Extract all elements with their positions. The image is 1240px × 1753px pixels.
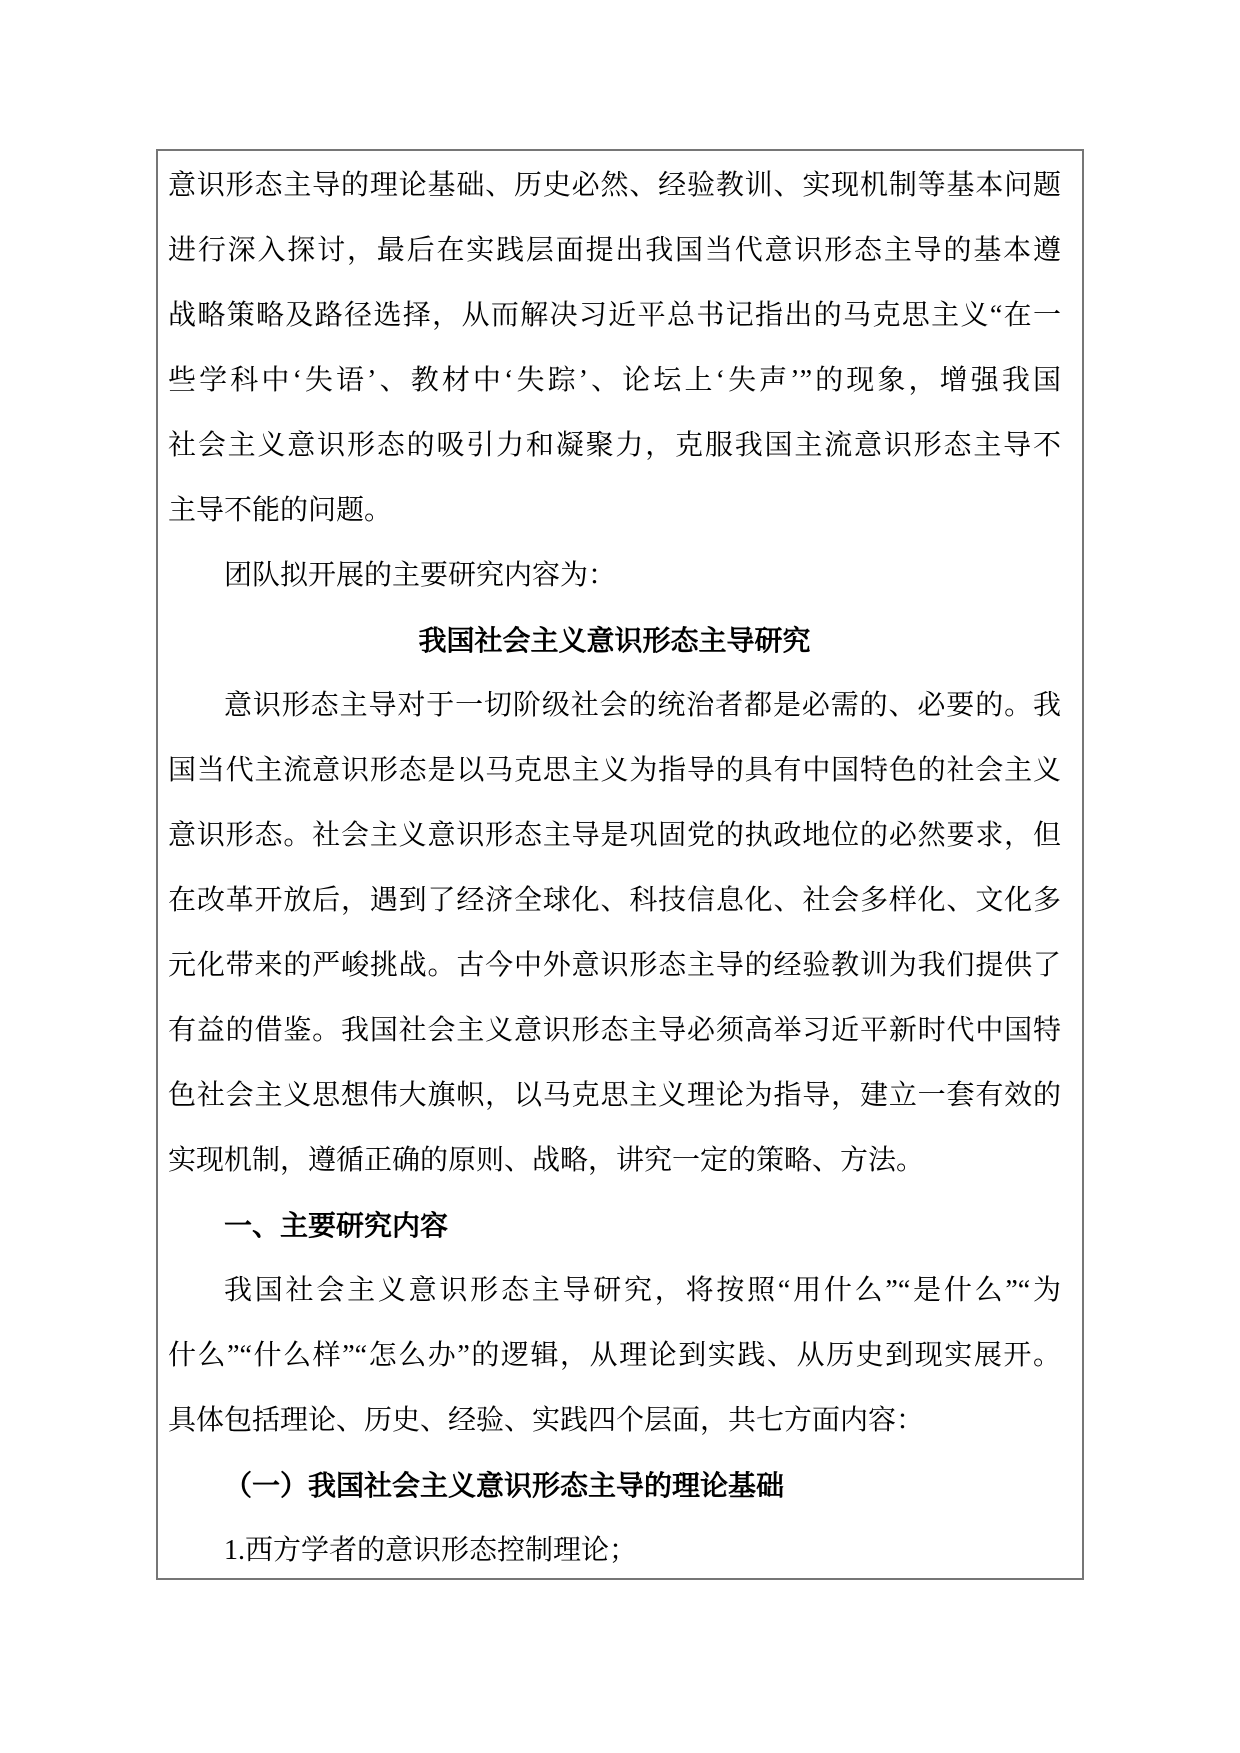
text-line: 有益的借鉴。我国社会主义意识形态主导必须高举习近平新时代中国特 (168, 998, 1061, 1063)
paragraph: 1.西方学者的意识形态控制理论； (168, 1518, 1061, 1580)
text-line: 1.西方学者的意识形态控制理论； (168, 1518, 1061, 1580)
text-line: （一）我国社会主义意识形态主导的理论基础 (168, 1453, 1061, 1518)
text-line: 实现机制，遵循正确的原则、战略，讲究一定的策略、方法。 (168, 1128, 1061, 1193)
text-line: 意识形态。社会主义意识形态主导是巩固党的执政地位的必然要求，但 (168, 803, 1061, 868)
document-title: 我国社会主义意识形态主导研究 (168, 608, 1061, 673)
text-line: 团队拟开展的主要研究内容为： (168, 543, 1061, 608)
text-line: 一、主要研究内容 (168, 1193, 1061, 1258)
text-line: 些学科中‘失语’、教材中‘失踪’、论坛上‘失声’”的现象，增强我国 (168, 348, 1061, 413)
text-line: 意识形态主导的理论基础、历史必然、经验教训、实现机制等基本问题 (168, 153, 1061, 218)
section-heading: 一、主要研究内容 (168, 1193, 1061, 1258)
text-line: 色社会主义思想伟大旗帜，以马克思主义理论为指导，建立一套有效的 (168, 1063, 1061, 1128)
text-line: 战略策略及路径选择，从而解决习近平总书记指出的马克思主义“在一 (168, 283, 1061, 348)
text-line: 意识形态主导对于一切阶级社会的统治者都是必需的、必要的。我 (168, 673, 1061, 738)
section-heading: （一）我国社会主义意识形态主导的理论基础 (168, 1453, 1061, 1518)
paragraph: 意识形态主导对于一切阶级社会的统治者都是必需的、必要的。我国当代主流意识形态是以… (168, 673, 1061, 1193)
text-line: 什么”“什么样”“怎么办”的逻辑，从理论到实践、从历史到现实展开。 (168, 1323, 1061, 1388)
text-line: 元化带来的严峻挑战。古今中外意识形态主导的经验教训为我们提供了 (168, 933, 1061, 998)
text-line: 在改革开放后，遇到了经济全球化、科技信息化、社会多样化、文化多 (168, 868, 1061, 933)
text-line: 主导不能的问题。 (168, 478, 1061, 543)
text-line: 我国社会主义意识形态主导研究，将按照“用什么”“是什么”“为 (168, 1258, 1061, 1323)
paragraph: 团队拟开展的主要研究内容为： (168, 543, 1061, 608)
text-line: 社会主义意识形态的吸引力和凝聚力，克服我国主流意识形态主导不力、 (168, 413, 1061, 478)
text-line: 我国社会主义意识形态主导研究 (168, 608, 1061, 673)
paragraph: 我国社会主义意识形态主导研究，将按照“用什么”“是什么”“为什么”“什么样”“怎… (168, 1258, 1061, 1453)
text-line: 国当代主流意识形态是以马克思主义为指导的具有中国特色的社会主义 (168, 738, 1061, 803)
paragraph: 意识形态主导的理论基础、历史必然、经验教训、实现机制等基本问题进行深入探讨，最后… (168, 153, 1061, 543)
text-line: 具体包括理论、历史、经验、实践四个层面，共七方面内容： (168, 1388, 1061, 1453)
content-box: 意识形态主导的理论基础、历史必然、经验教训、实现机制等基本问题进行深入探讨，最后… (156, 149, 1084, 1580)
text-line: 进行深入探讨，最后在实践层面提出我国当代意识形态主导的基本遵循、 (168, 218, 1061, 283)
